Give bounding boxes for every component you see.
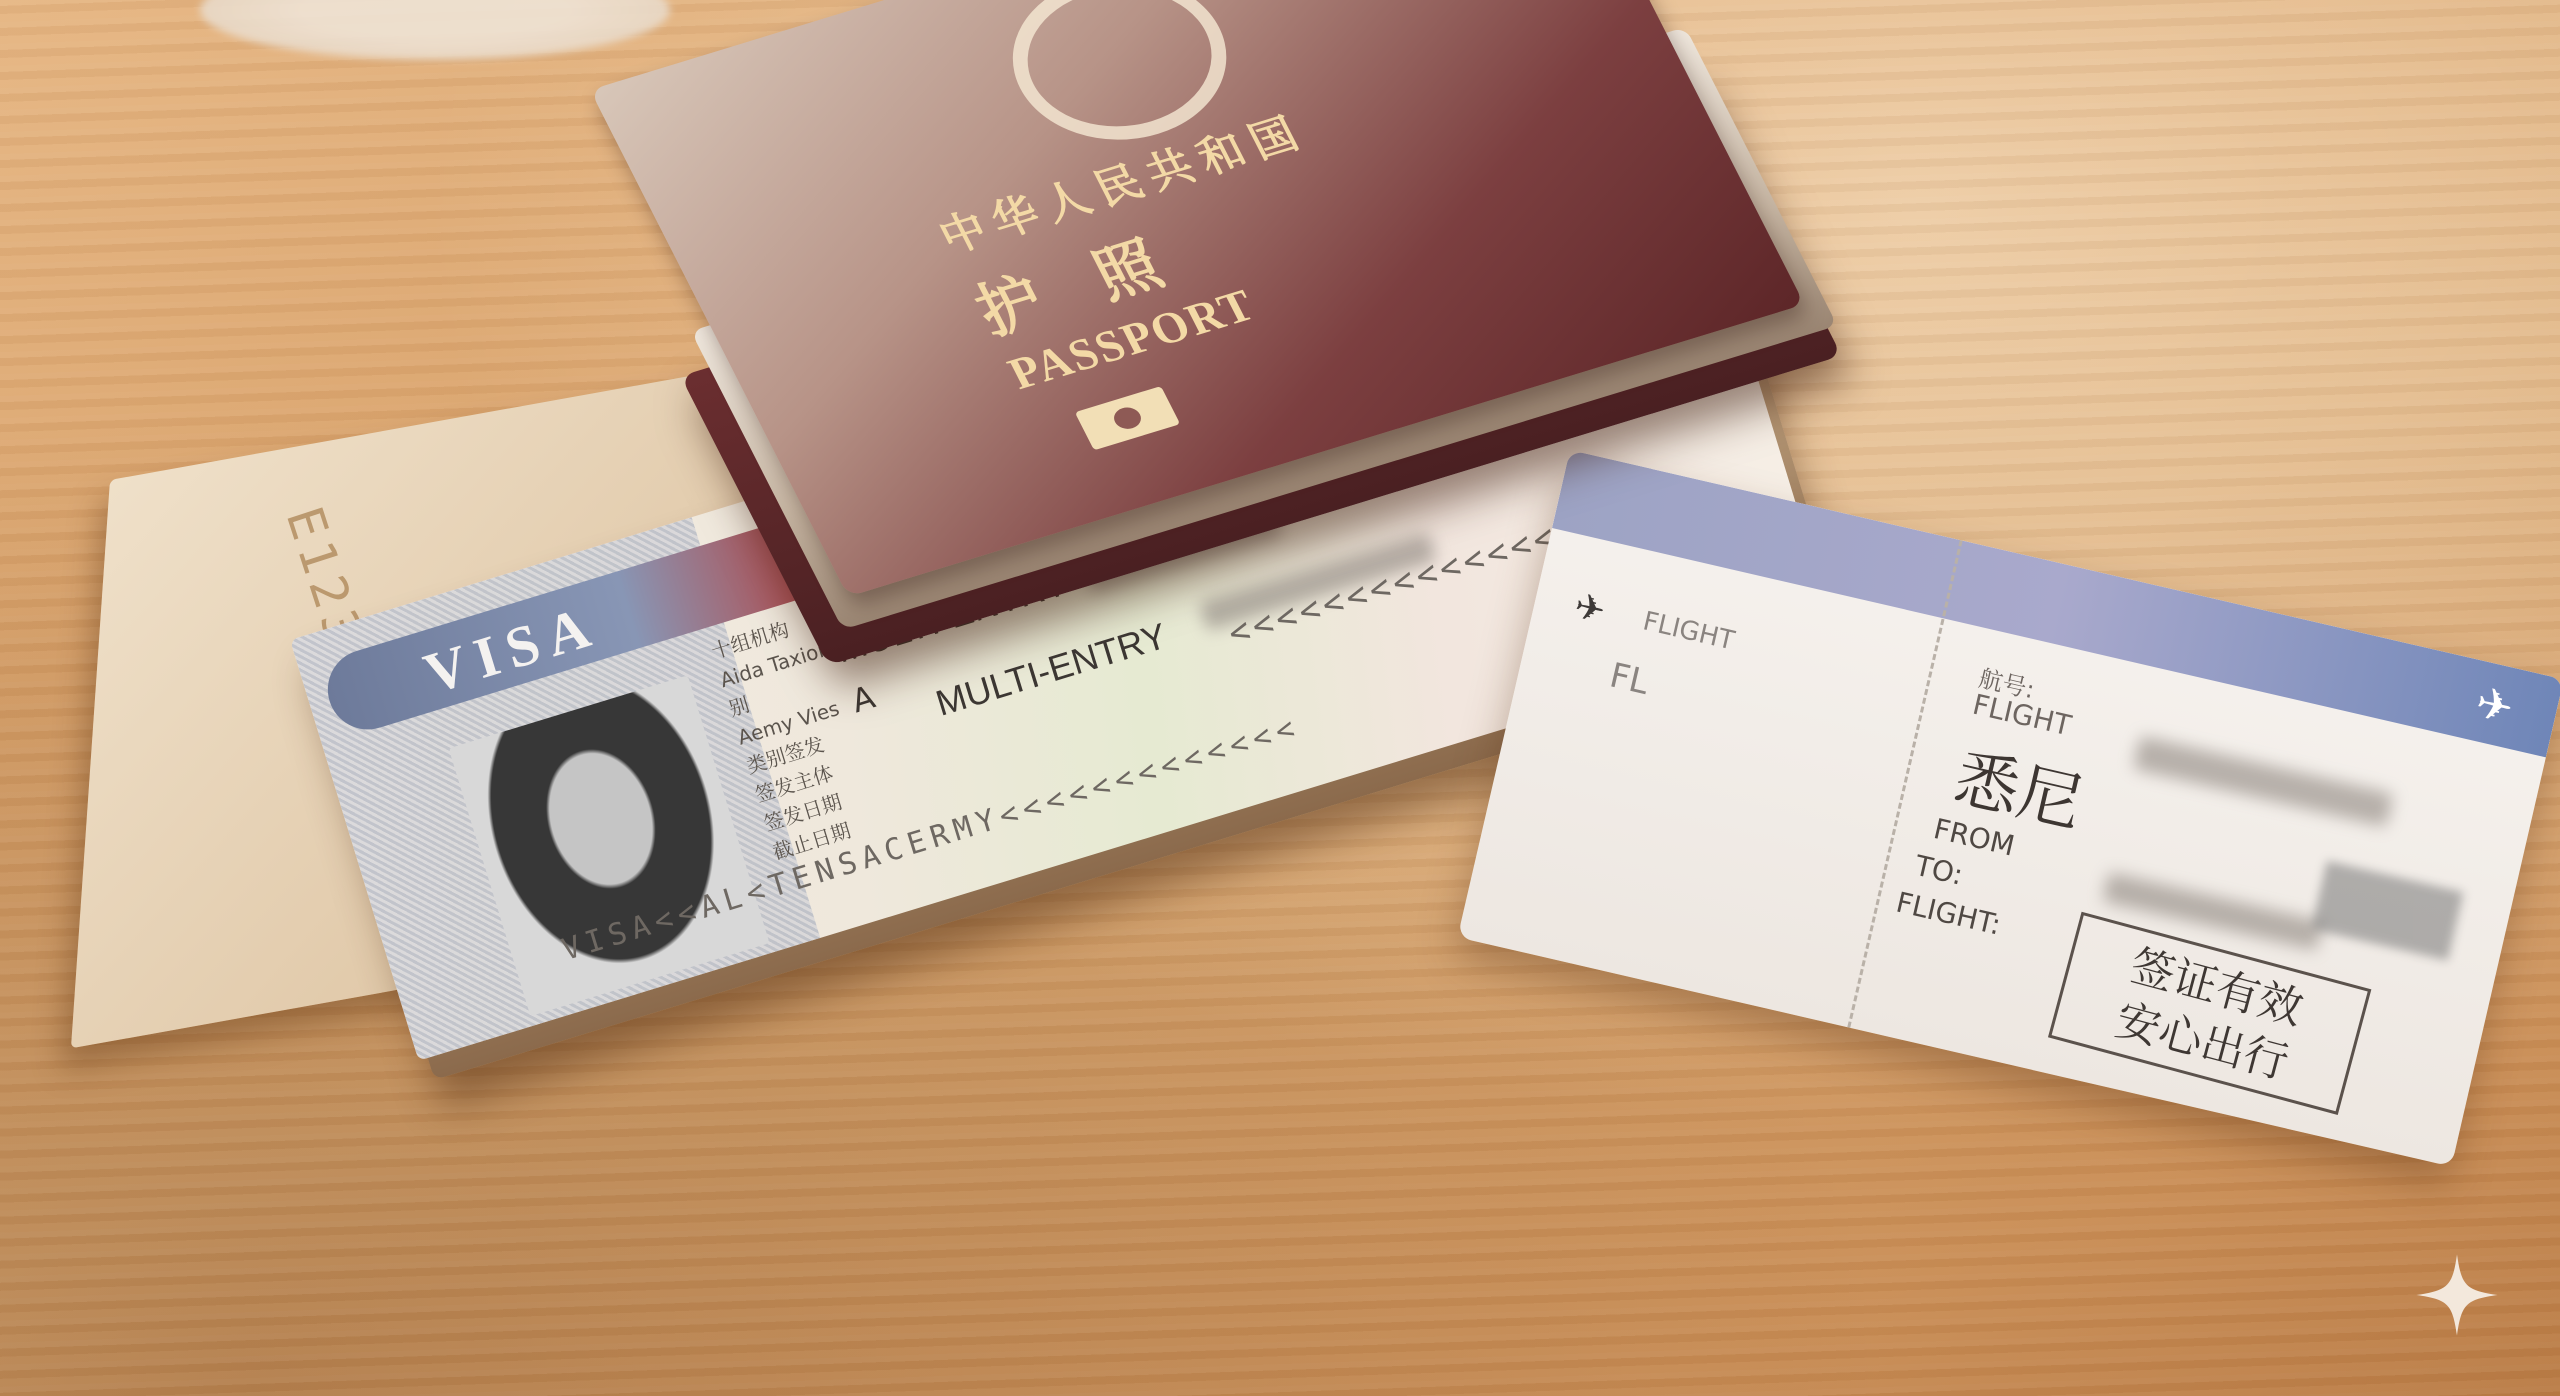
- visa-class: A: [847, 678, 879, 721]
- to-label: TO:: [1912, 849, 1966, 892]
- stub-flight-label: FLIGHT: [1640, 606, 1737, 656]
- barcode: [2311, 861, 2463, 961]
- airplane-icon: ✈: [1571, 586, 1610, 633]
- flight-number-label: FLIGHT:: [1893, 886, 2004, 942]
- perforation-line: [1847, 540, 1962, 1028]
- sparkle-icon: [2412, 1250, 2502, 1340]
- stub-flight-value: FL: [1606, 655, 1653, 703]
- biometric-chip-icon: [1075, 386, 1180, 450]
- visa-valid-stamp: 签证有效 安心出行: [2048, 912, 2371, 1115]
- redacted-field: [2133, 736, 2394, 828]
